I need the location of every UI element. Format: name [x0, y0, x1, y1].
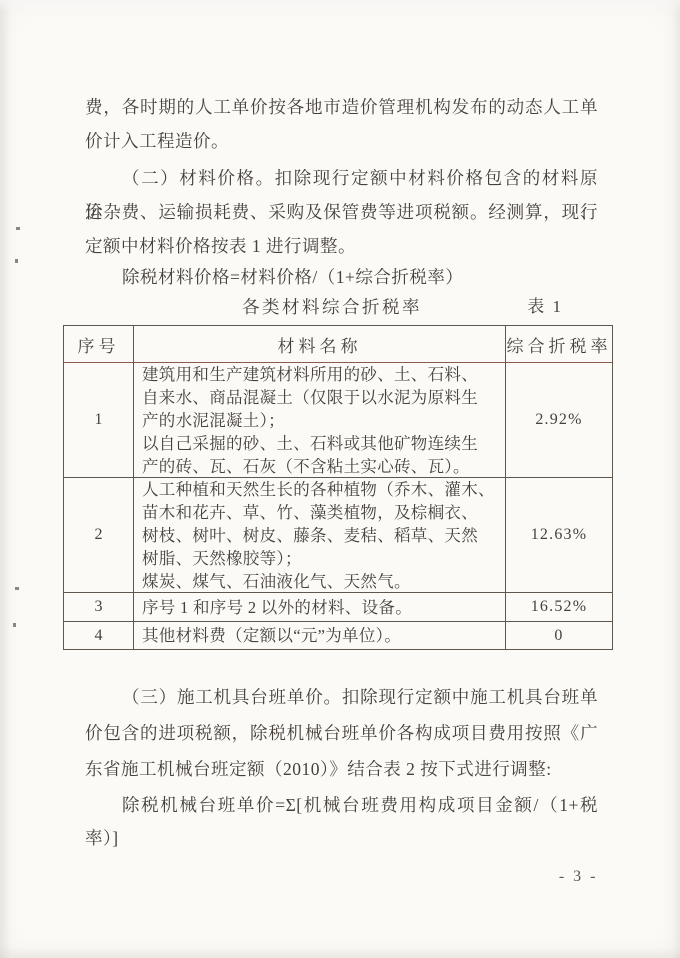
text-line: 价计入工程造价。 — [85, 124, 598, 158]
row-material: 序号 1 和序号 2 以外的材料、设备。 — [134, 593, 506, 622]
row-rate: 2.92% — [506, 363, 612, 478]
scan-speck — [15, 259, 18, 263]
col-header-rate: 综合折税率 — [506, 326, 612, 363]
formula-line: 除税材料价格=材料价格/（1+综合折税率） — [85, 260, 598, 294]
scanned-document-page: 费，各时期的人工单价按各地市造价管理机构发布的动态人工单 价计入工程造价。 （二… — [0, 0, 680, 958]
row-seq: 4 — [64, 622, 134, 649]
col-header-seq: 序号 — [64, 326, 134, 363]
text-line: 价包含的进项税额，除税机械台班单价各构成项目费用按照《广 — [85, 715, 598, 751]
row-material: 建筑用和生产建筑材料所用的砂、土、石料、 自来水、商品混凝土（仅限于以水泥为原料… — [134, 363, 506, 478]
paragraph-material-price: （二）材料价格。扣除现行定额中材料价格包含的材料原价、 运杂费、运输损耗费、采购… — [85, 161, 598, 263]
row-rate: 12.63% — [506, 478, 612, 593]
row-material: 人工种植和天然生长的各种植物（乔木、灌木、 苗木和花卉、草、竹、藻类植物，及棕榈… — [134, 478, 506, 593]
paragraph-machinery-price: （三）施工机具台班单价。扣除现行定额中施工机具台班单 价包含的进项税额，除税机械… — [85, 679, 598, 787]
row-material-text: 其他材料费（定额以“元”为单位）。 — [142, 624, 401, 647]
table-number-label: 表 1 — [527, 292, 563, 322]
text-line: 定额中材料价格按表 1 进行调整。 — [85, 229, 598, 263]
tax-rate-table: 序号 材料名称 综合折税率 1 建筑用和生产建筑材料所用的砂、土、石料、 自来水… — [63, 325, 613, 650]
row-material-text: 建筑用和生产建筑材料所用的砂、土、石料、 自来水、商品混凝土（仅限于以水泥为原料… — [142, 363, 478, 478]
row-seq: 2 — [64, 478, 134, 593]
row-material-text: 序号 1 和序号 2 以外的材料、设备。 — [142, 596, 412, 619]
scan-speck — [13, 623, 16, 627]
page-number: - 3 - — [85, 862, 598, 892]
formula-line: 除税机械台班单价=Σ[机械台班费用构成项目金额/（1+税 — [85, 789, 598, 822]
scan-speck — [16, 227, 20, 230]
row-seq: 3 — [64, 593, 134, 622]
text-line: （二）材料价格。扣除现行定额中材料价格包含的材料原价、 — [85, 161, 598, 195]
row-material: 其他材料费（定额以“元”为单位）。 — [134, 622, 506, 649]
row-seq: 1 — [64, 363, 134, 478]
text-line: 运杂费、运输损耗费、采购及保管费等进项税额。经测算，现行 — [85, 195, 598, 229]
table-caption-row: 各类材料综合折税率 表 1 — [63, 292, 613, 322]
scan-speck — [15, 587, 19, 590]
formula-machinery-price: 除税机械台班单价=Σ[机械台班费用构成项目金额/（1+税 率）] — [85, 789, 598, 855]
paragraph-labor-price: 费，各时期的人工单价按各地市造价管理机构发布的动态人工单 价计入工程造价。 — [85, 90, 598, 158]
text-line: 东省施工机械台班定额（2010）》结合表 2 按下式进行调整: — [85, 751, 598, 787]
col-header-material: 材料名称 — [134, 326, 506, 363]
formula-material-price: 除税材料价格=材料价格/（1+综合折税率） — [85, 260, 598, 294]
text-line: 费，各时期的人工单价按各地市造价管理机构发布的动态人工单 — [85, 90, 598, 124]
formula-line: 率）] — [85, 822, 598, 855]
text-line: （三）施工机具台班单价。扣除现行定额中施工机具台班单 — [85, 679, 598, 715]
row-material-text: 人工种植和天然生长的各种植物（乔木、灌木、 苗木和花卉、草、竹、藻类植物，及棕榈… — [142, 478, 495, 593]
row-rate: 16.52% — [506, 593, 612, 622]
row-rate: 0 — [506, 622, 612, 649]
